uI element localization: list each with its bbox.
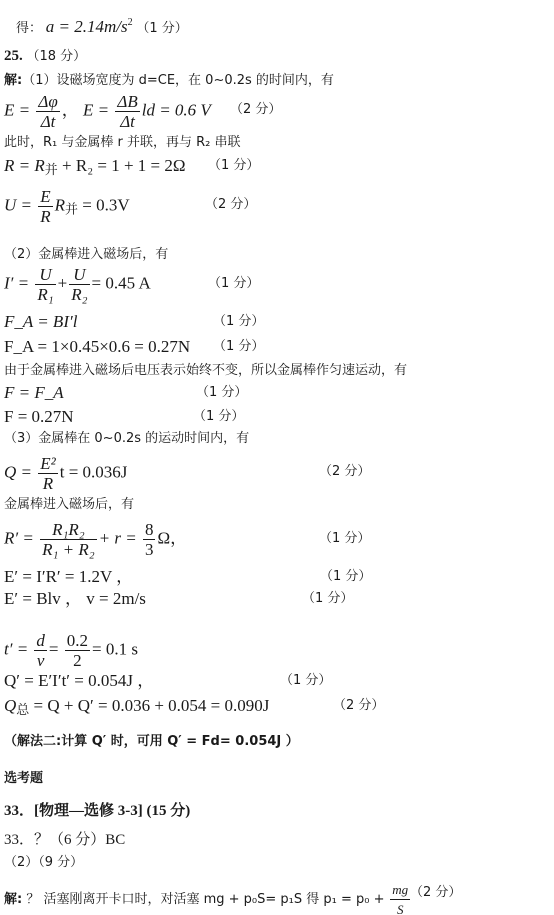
eq-force-value: F = 0.27N bbox=[4, 408, 74, 426]
frac-num: mg bbox=[390, 880, 410, 900]
q33-header: 33．[物理—选修 3-3] (15 分) bbox=[4, 802, 190, 820]
q25-header: 25. （18 分） bbox=[4, 47, 86, 66]
fraction-u-r2: UR₂ bbox=[69, 265, 89, 304]
prev-result-sup: 2 bbox=[128, 17, 133, 28]
q33-solution: 解: ？ 活塞刚离开卡口时，对活塞 mg + p₀S= p₁S 得 p₁ = p… bbox=[4, 880, 412, 915]
eq-i-rest: = 0.45 A bbox=[92, 273, 151, 292]
frac-num: E bbox=[38, 187, 52, 207]
score-eq-heat: （2 分） bbox=[319, 463, 370, 481]
eq-velocity: E′ = Blv ， v = 2m/s bbox=[4, 590, 146, 608]
fraction-mg-s: mgS bbox=[390, 880, 410, 915]
eq-time: t′ = dv= 0.22= 0.1 s bbox=[4, 631, 138, 670]
eq-resistance: R = R并 + R₂ = 1 + 1 = 2Ω bbox=[4, 157, 186, 180]
frac-den: R₂ bbox=[69, 285, 89, 304]
eq-qtot-lhs: Q bbox=[4, 696, 16, 715]
eq-t-lhs: t′ = bbox=[4, 639, 28, 658]
eq-u-mid: R bbox=[55, 195, 65, 214]
frac-den: Δt bbox=[115, 112, 139, 131]
eq-ampere-force-value: F_A = 1×0.45×0.6 = 0.27N bbox=[4, 338, 190, 356]
prev-result-prefix: 得： bbox=[16, 21, 42, 36]
score-eq-current: （1 分） bbox=[208, 275, 259, 293]
score-eq-total-heat: （2 分） bbox=[333, 697, 384, 715]
frac-den: v bbox=[34, 651, 47, 670]
eq-heat: Q = E²Rt = 0.036J bbox=[4, 454, 127, 493]
score-q33-solution: （2 分） bbox=[410, 884, 461, 902]
uniform-motion-note: 由于金属棒进入磁场后电压表示始终不变，所以金属棒作匀速运动，有 bbox=[4, 362, 407, 380]
frac-den: S bbox=[390, 900, 410, 915]
fraction-e2-r: E²R bbox=[38, 454, 57, 493]
eq-voltage: U = ERR并 = 0.3V bbox=[4, 187, 130, 226]
eq-u-sub: 并 bbox=[65, 202, 78, 217]
score-eq-ampere-force-value: （1 分） bbox=[213, 338, 264, 356]
frac-den: R₁ + R₂ bbox=[40, 540, 97, 559]
frac-den: Δt bbox=[36, 112, 59, 131]
eq-rp-rest: Ω， bbox=[157, 528, 187, 547]
score-eq-velocity: （1 分） bbox=[302, 590, 353, 608]
fraction-dB-dt: ΔBΔt bbox=[115, 92, 139, 131]
part2-intro: （2）金属棒进入磁场后，有 bbox=[4, 246, 168, 264]
eq-qtot-rest: = Q + Q′ = 0.036 + 0.054 = 0.090J bbox=[29, 696, 269, 715]
frac-num: 0.2 bbox=[65, 631, 90, 651]
score-eq-emf-prime: （1 分） bbox=[320, 568, 371, 586]
eq-total-resistance: R′ = R₁R₂R₁ + R₂+ r = 83Ω， bbox=[4, 520, 187, 559]
fraction-u-r1: UR₁ bbox=[35, 265, 55, 304]
fraction-parallel: R₁R₂R₁ + R₂ bbox=[40, 520, 97, 559]
eq-emf-lhs2: E = bbox=[83, 100, 109, 119]
eq-heat-prime: Q′ = E′I′t′ = 0.054J ， bbox=[4, 672, 154, 690]
eq-q-lhs: Q = bbox=[4, 462, 32, 481]
after-entry-note: 金属棒进入磁场后，有 bbox=[4, 496, 134, 514]
eq-qtot-sub: 总 bbox=[16, 703, 29, 718]
q25-part1-intro: 解:（1）设磁场宽度为 d=CE，在 0~0.2s 的时间内，有 bbox=[4, 71, 334, 90]
score-eq-total-resistance: （1 分） bbox=[319, 530, 370, 548]
q33-part1: 33．？（6 分）BC bbox=[4, 831, 125, 849]
part3-intro: （3）金属棒在 0~0.2s 的运动时间内，有 bbox=[4, 430, 249, 448]
fraction-e-r: ER bbox=[38, 187, 52, 226]
frac-num: ΔB bbox=[115, 92, 139, 112]
eq-emf-lhs1: E = bbox=[4, 100, 30, 119]
eq-i-plus: + bbox=[58, 273, 68, 292]
eq-ampere-force: F_A = BI′l bbox=[4, 313, 77, 331]
frac-num: R₁R₂ bbox=[40, 520, 97, 540]
q25-number: 25. bbox=[4, 48, 23, 64]
prev-result-formula: a = 2.14m/s bbox=[46, 17, 128, 36]
score-eq-force-balance: （1 分） bbox=[196, 384, 247, 402]
frac-den: 2 bbox=[65, 651, 90, 670]
eq-force-balance: F = F_A bbox=[4, 384, 64, 402]
eq-emf-rhs: ld = 0.6 V bbox=[142, 100, 211, 119]
eq-t-eq: = bbox=[49, 639, 59, 658]
q33-solution-label: 解: bbox=[4, 892, 22, 907]
score-eq-voltage: （2 分） bbox=[205, 196, 256, 214]
solution-label: 解: bbox=[4, 73, 22, 88]
q33-part2: （2）（9 分） bbox=[4, 854, 83, 872]
part1-intro-text: （1）设磁场宽度为 d=CE，在 0~0.2s 的时间内，有 bbox=[22, 73, 334, 88]
frac-den: 3 bbox=[143, 540, 156, 559]
eq-t-rest: = 0.1 s bbox=[92, 639, 138, 658]
frac-num: Δφ bbox=[36, 92, 59, 112]
frac-num: E² bbox=[38, 454, 57, 474]
eq-rp-mid: + r = bbox=[99, 528, 137, 547]
eq-i-lhs: I′ = bbox=[4, 273, 29, 292]
prev-result-score: （1 分） bbox=[136, 21, 187, 36]
eq-u-lhs: U = bbox=[4, 195, 32, 214]
eq-r-text: R = R bbox=[4, 156, 45, 175]
prev-result-line: 得： a = 2.14m/s2 （1 分） bbox=[16, 14, 188, 38]
fraction-8-3: 83 bbox=[143, 520, 156, 559]
elective-title: 选考题 bbox=[4, 770, 43, 788]
circuit-note: 此时，R₁ 与金属棒 r 并联，再与 R₂ 串联 bbox=[4, 134, 241, 152]
eq-u-rest: = 0.3V bbox=[78, 195, 130, 214]
eq-emf-sep: ， bbox=[62, 100, 79, 119]
alternative-method: （解法二:计算 Q′ 时，可用 Q′ = Fd= 0.054J ） bbox=[4, 733, 299, 751]
frac-den: R bbox=[38, 207, 52, 226]
eq-rp-lhs: R′ = bbox=[4, 528, 34, 547]
eq-r-sub: 并 bbox=[45, 163, 58, 178]
score-eq-ampere-force: （1 分） bbox=[213, 313, 264, 331]
fraction-0.2-2: 0.22 bbox=[65, 631, 90, 670]
fraction-d-v: dv bbox=[34, 631, 47, 670]
eq-r-rest: + R₂ = 1 + 1 = 2Ω bbox=[58, 156, 186, 175]
frac-num: U bbox=[35, 265, 55, 285]
score-eq-heat-prime: （1 分） bbox=[280, 672, 331, 690]
fraction-dphi-dt: ΔφΔt bbox=[36, 92, 59, 131]
eq-current: I′ = UR₁+UR₂= 0.45 A bbox=[4, 265, 151, 304]
score-eq-emf: （2 分） bbox=[230, 101, 281, 119]
frac-den: R₁ bbox=[35, 285, 55, 304]
eq-emf: E = ΔφΔt， E = ΔBΔtld = 0.6 V bbox=[4, 92, 211, 131]
frac-num: 8 bbox=[143, 520, 156, 540]
eq-emf-prime: E′ = I′R′ = 1.2V ， bbox=[4, 568, 133, 586]
score-eq-force-value: （1 分） bbox=[193, 408, 244, 426]
q33-solution-text: ？ 活塞刚离开卡口时，对活塞 mg + p₀S= p₁S 得 p₁ = p₀ + bbox=[22, 892, 384, 907]
eq-total-heat: Q总 = Q + Q′ = 0.036 + 0.054 = 0.090J bbox=[4, 697, 269, 720]
q25-points: （18 分） bbox=[27, 49, 87, 64]
frac-num: U bbox=[69, 265, 89, 285]
frac-den: R bbox=[38, 474, 57, 493]
score-eq-resistance: （1 分） bbox=[208, 157, 259, 175]
eq-q-rest: t = 0.036J bbox=[60, 462, 128, 481]
frac-num: d bbox=[34, 631, 47, 651]
